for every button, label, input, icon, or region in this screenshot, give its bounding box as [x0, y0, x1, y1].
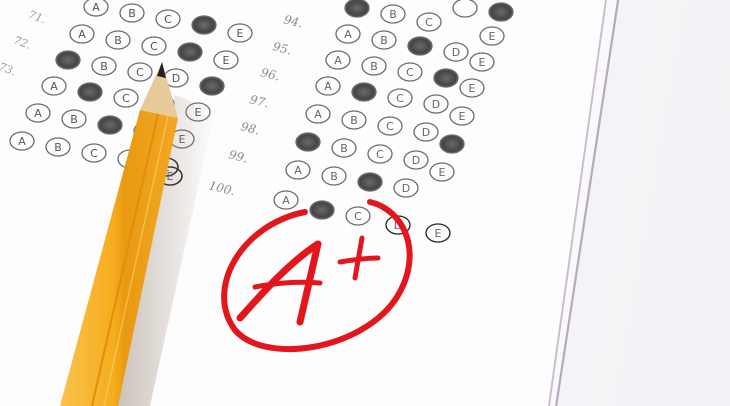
svg-text:C: C: [386, 120, 394, 133]
svg-text:A: A: [92, 1, 100, 14]
svg-text:A: A: [334, 54, 342, 67]
svg-text:C: C: [406, 66, 414, 79]
svg-text:A: A: [18, 135, 26, 148]
svg-text:C: C: [376, 148, 384, 161]
svg-text:B: B: [389, 8, 397, 21]
svg-text:D: D: [452, 46, 460, 59]
svg-text:C: C: [396, 92, 404, 105]
svg-text:B: B: [340, 142, 348, 155]
svg-text:D: D: [412, 154, 420, 167]
svg-text:B: B: [100, 60, 108, 73]
svg-text:C: C: [164, 13, 172, 26]
svg-text:E: E: [459, 110, 466, 123]
svg-text:C: C: [354, 210, 362, 223]
svg-text:A: A: [34, 107, 42, 120]
svg-text:A: A: [282, 194, 290, 207]
svg-text:E: E: [237, 27, 244, 40]
svg-text:B: B: [370, 60, 378, 73]
photo-scene: 71. 72. 73. 94. 95. 96. 97. 98. 99. 100.: [0, 0, 730, 406]
svg-text:B: B: [70, 113, 78, 126]
svg-text:D: D: [432, 98, 440, 111]
svg-text:B: B: [54, 141, 62, 154]
svg-text:B: B: [380, 34, 388, 47]
svg-text:C: C: [90, 147, 98, 160]
svg-text:C: C: [150, 40, 158, 53]
svg-text:A: A: [324, 80, 332, 93]
answer-sheet-photo: 71. 72. 73. 94. 95. 96. 97. 98. 99. 100.: [0, 0, 730, 406]
svg-text:E: E: [223, 54, 230, 67]
svg-text:D: D: [422, 126, 430, 139]
svg-text:E: E: [435, 227, 442, 240]
svg-text:C: C: [136, 66, 144, 79]
svg-text:A: A: [344, 28, 352, 41]
svg-text:B: B: [114, 34, 122, 47]
svg-text:D: D: [402, 182, 410, 195]
svg-text:E: E: [489, 30, 496, 43]
svg-text:B: B: [128, 7, 136, 20]
svg-text:D: D: [172, 72, 180, 85]
svg-text:C: C: [122, 92, 130, 105]
svg-text:C: C: [425, 16, 433, 29]
svg-text:E: E: [479, 56, 486, 69]
svg-text:E: E: [469, 82, 476, 95]
svg-text:B: B: [350, 114, 358, 127]
svg-text:B: B: [330, 170, 338, 183]
svg-text:A: A: [78, 28, 86, 41]
svg-text:E: E: [439, 166, 446, 179]
svg-text:A: A: [50, 80, 58, 93]
svg-text:A: A: [314, 108, 322, 121]
svg-text:A: A: [294, 164, 302, 177]
